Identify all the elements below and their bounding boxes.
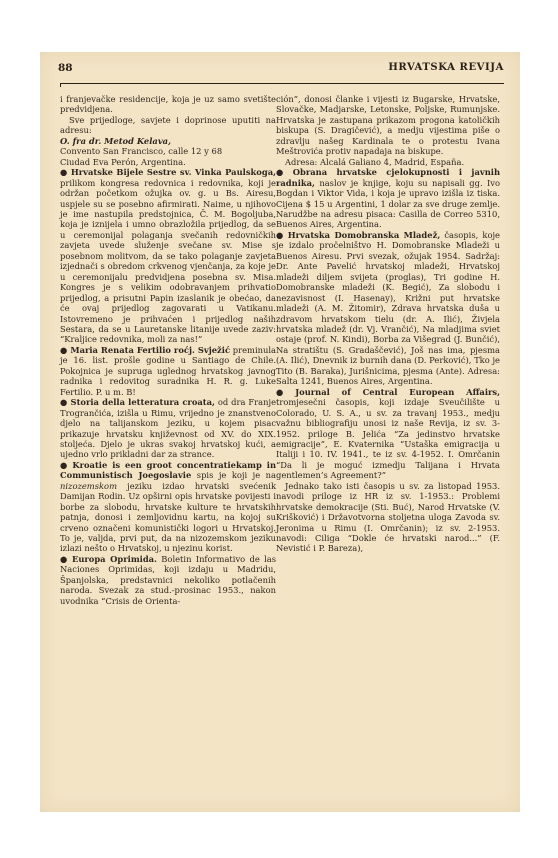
item-title: Journal of Central European Affairs, xyxy=(295,387,500,397)
address-line: Ciudad Eva Perón, Argentina. xyxy=(60,157,186,167)
item-title: Hrvatska Domobranska Mladež, xyxy=(288,230,440,240)
news-item: ●Storia della letteratura croata, od dra… xyxy=(60,397,276,460)
paragraph: Jednako tako isti časopis u sv. za listo… xyxy=(276,481,500,554)
continuation-paragraph: ción”, donosi članke i vijesti iz Bugars… xyxy=(276,94,500,157)
news-item: ●Hrvatske Bijele Sestre sv. Vinka Paulsk… xyxy=(60,167,276,345)
news-item: ●Obrana hrvatske cjelokupnosti i javnih … xyxy=(276,167,500,230)
bullet-icon: ● xyxy=(60,460,69,470)
bullet-icon: ● xyxy=(60,167,68,177)
paragraph: Sve prijedloge, savjete i doprinose uput… xyxy=(60,115,276,136)
paragraph: Adresa: Alcalá Galiano 4, Madrid, España… xyxy=(276,157,500,167)
bullet-icon: ● xyxy=(60,554,69,564)
bullet-icon: ● xyxy=(276,230,285,240)
header-rule xyxy=(60,83,504,84)
news-item: ●Hrvatska Domobranska Mladež, časopis, k… xyxy=(276,230,500,387)
item-text: prilikom kongresa redovnica i redovnika,… xyxy=(60,178,276,345)
left-column: i franjevačke residencije, koja je uz sa… xyxy=(60,94,276,606)
magazine-title: HRVATSKA REVIJA xyxy=(388,62,504,73)
bullet-icon: ● xyxy=(60,397,68,407)
item-title: Maria Renata Fertilio roćj. Svježić xyxy=(70,345,230,355)
bullet-icon: ● xyxy=(60,345,67,355)
news-item: ●Journal of Central European Affairs, tr… xyxy=(276,387,500,481)
item-text: spis je koji je na xyxy=(197,470,276,480)
item-text: jeziku izdao hrvatski svećenik Damijan R… xyxy=(60,481,276,554)
right-column: ción”, donosi članke i vijesti iz Bugars… xyxy=(276,94,500,554)
item-title: Storia della letteratura croata, xyxy=(71,397,215,407)
item-title: Europa Oprimida. xyxy=(72,554,157,564)
magazine-page: 88 HRVATSKA REVIJA i franjevačke residen… xyxy=(40,52,520,812)
item-italic: nizozemskom xyxy=(60,481,117,491)
page-number: 88 xyxy=(58,62,73,74)
news-item: ●Kroatie is een groot concentratiekamp i… xyxy=(60,460,276,554)
bullet-icon: ● xyxy=(276,387,292,397)
address-line: Convento San Francisco, calle 12 y 68 xyxy=(60,146,222,156)
page-header: 88 HRVATSKA REVIJA xyxy=(58,62,504,78)
continuation-paragraph: i franjevačke residencije, koja je uz sa… xyxy=(60,94,276,115)
bullet-icon: ● xyxy=(276,167,290,177)
address-block: O. fra dr. Metod Kelava, Convento San Fr… xyxy=(60,136,276,167)
address-name: O. fra dr. Metod Kelava, xyxy=(60,136,171,146)
item-text: časopis, koje je izdalo pročelništvo H. … xyxy=(276,230,500,386)
item-title: Hrvatske Bijele Sestre sv. Vinka Paulsko… xyxy=(71,167,276,177)
item-text: tromjesečni časopis, koji izdaje Sveučil… xyxy=(276,397,500,480)
news-item: ●Maria Renata Fertilio roćj. Svježić pre… xyxy=(60,345,276,397)
news-item: ●Europa Oprimida. Boletin Informativo de… xyxy=(60,554,276,606)
header-rule-hook xyxy=(60,83,61,87)
